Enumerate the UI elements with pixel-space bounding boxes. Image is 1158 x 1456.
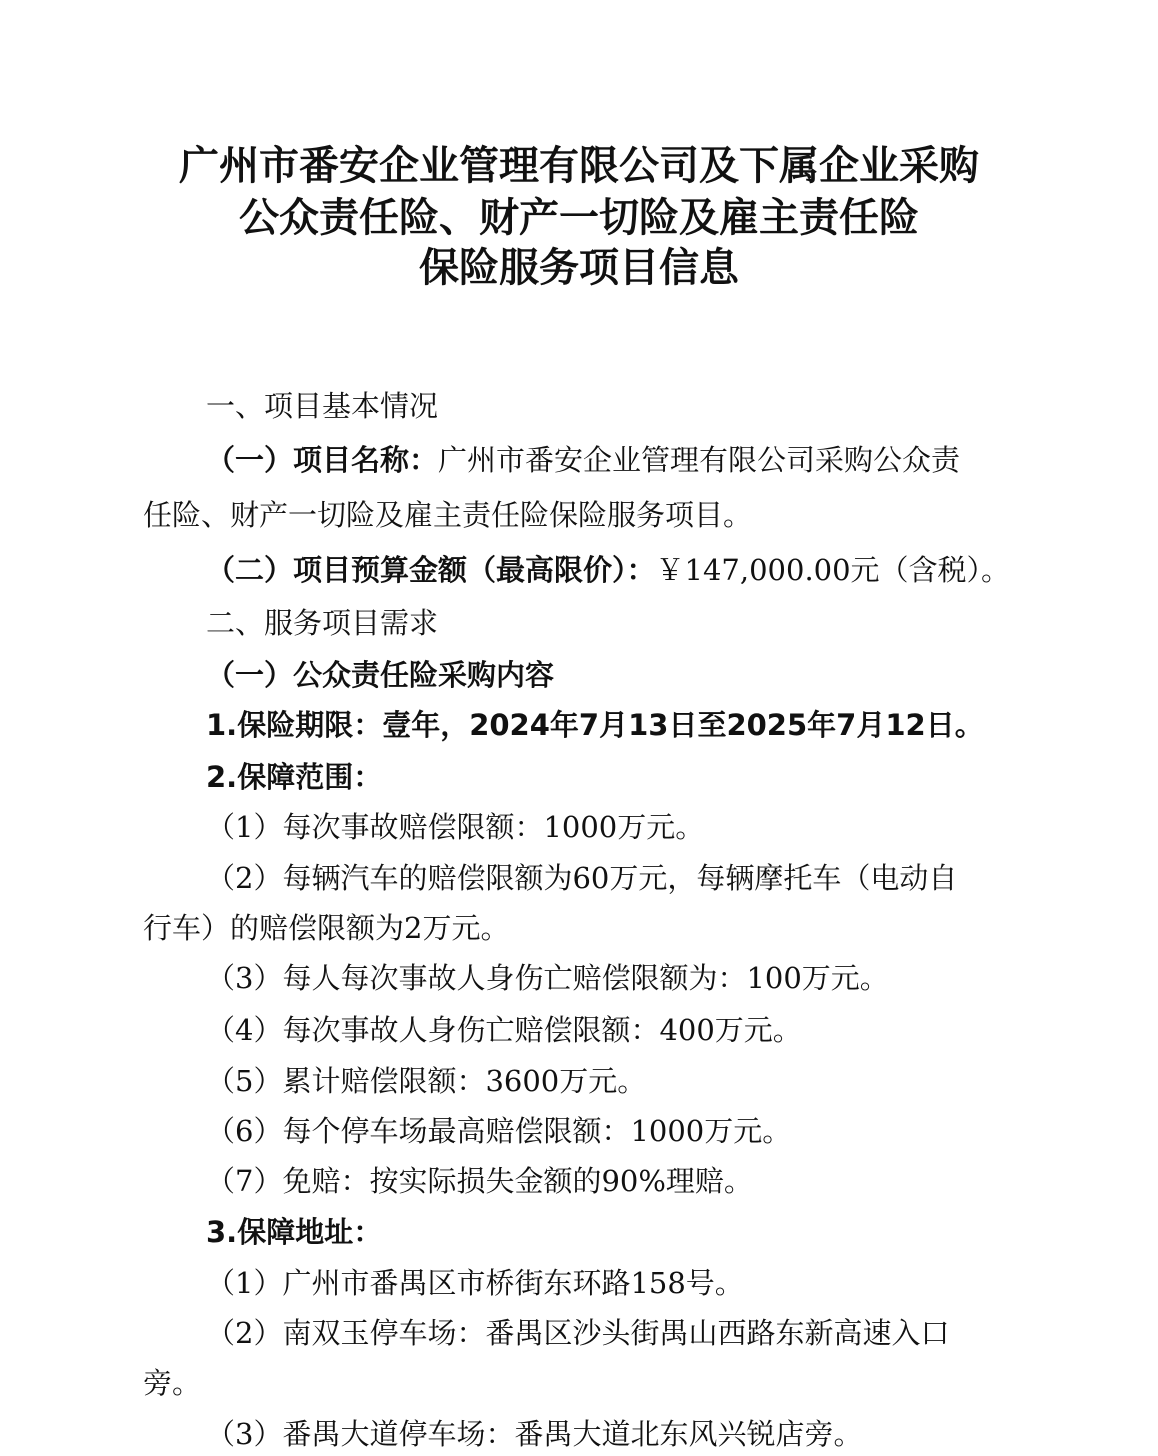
title-line-3: 保险服务项目信息 [0,242,1158,294]
coverage-item-1: （1）每次事故赔偿限额：1000万元。 [206,807,704,847]
coverage-item-4: （4）每次事故人身伤亡赔偿限额：400万元。 [206,1010,802,1050]
coverage-item-3: （3）每人每次事故人身伤亡赔偿限额为：100万元。 [206,958,889,998]
title-line-1: 广州市番安企业管理有限公司及下属企业采购 [0,140,1158,192]
project-name-label: （一）项目名称： [206,443,438,477]
coverage-item-2-continuation: 行车）的赔偿限额为2万元。 [143,908,509,948]
section-1-heading: 一、项目基本情况 [206,386,438,426]
public-liability-heading: （一）公众责任险采购内容 [206,655,554,695]
address-item-3: （3）番禺大道停车场：番禺大道北东风兴锐店旁。 [206,1414,862,1454]
address-heading: 3.保障地址： [206,1212,382,1252]
project-name-text: 广州市番安企业管理有限公司采购公众责 [438,443,960,477]
address-item-1: （1）广州市番禺区市桥街东环路158号。 [206,1263,744,1303]
address-item-2-continuation: 旁。 [143,1363,201,1403]
insurance-period-line: 1.保险期限：壹年，2024年7月13日至2025年7月12日。 [206,705,984,745]
coverage-item-6: （6）每个停车场最高赔偿限额：1000万元。 [206,1111,791,1151]
coverage-item-7: （7）免赔：按实际损失金额的90%理赔。 [206,1161,753,1201]
insurance-period-value: 壹年，2024年7月13日至2025年7月12日。 [382,708,984,742]
coverage-heading: 2.保障范围： [206,757,382,797]
budget-value: ￥147,000.00元（含税）。 [656,553,1011,587]
budget-label: （二）项目预算金额（最高限价）： [206,553,656,587]
coverage-item-2: （2）每辆汽车的赔偿限额为60万元，每辆摩托车（电动自 [206,858,957,898]
project-name-line: （一）项目名称：广州市番安企业管理有限公司采购公众责 [206,440,1016,480]
insurance-period-label: 1.保险期限： [206,708,382,742]
section-2-heading: 二、服务项目需求 [206,603,438,643]
project-name-continuation: 任险、财产一切险及雇主责任险保险服务项目。 [143,495,752,535]
budget-line: （二）项目预算金额（最高限价）：￥147,000.00元（含税）。 [206,550,1010,590]
title-line-2: 公众责任险、财产一切险及雇主责任险 [0,192,1158,244]
coverage-item-5: （5）累计赔偿限额：3600万元。 [206,1061,646,1101]
address-item-2: （2）南双玉停车场：番禺区沙头街禺山西路东新高速入口 [206,1313,949,1353]
